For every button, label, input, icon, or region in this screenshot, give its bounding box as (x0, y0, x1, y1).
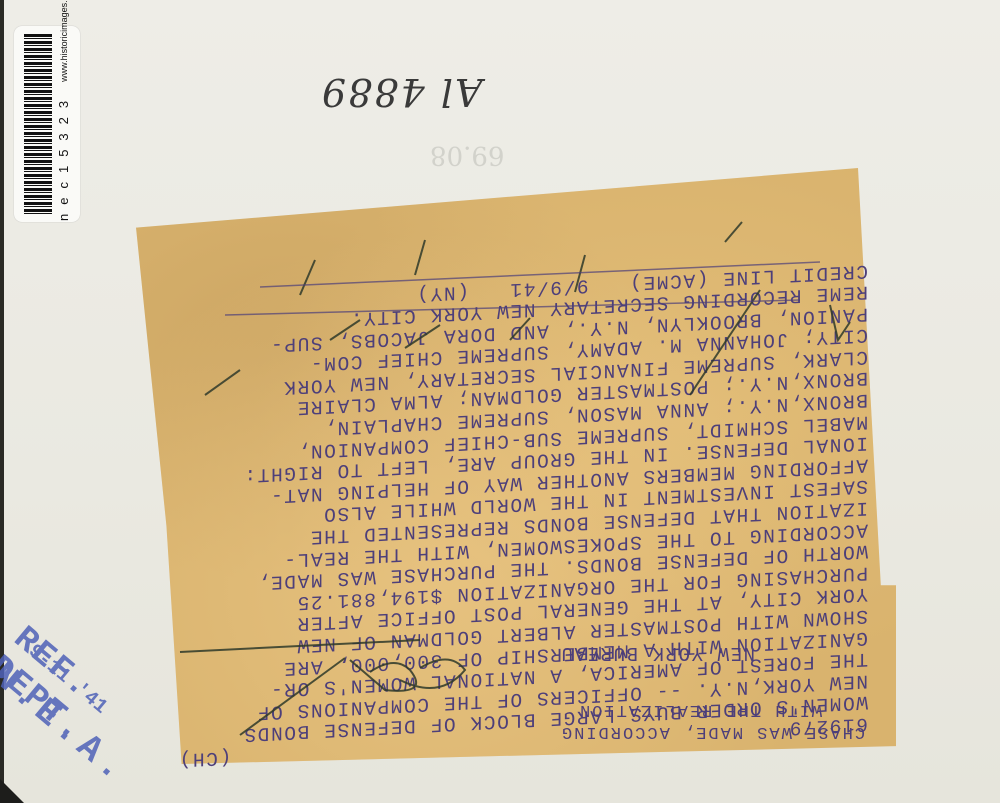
barcode-website: www.historicimages.com (59, 0, 69, 82)
caption-date: 9/9/41 (509, 274, 589, 300)
caption-fragment-line: CHASE WAS MADE, ACCORDING (560, 722, 865, 741)
pencil-faint-note: 69.08 (430, 140, 504, 170)
pencil-catalog-number: Al 4889 (320, 70, 482, 114)
caption-location-code: (NY) (416, 280, 469, 305)
barcode-icon (24, 34, 52, 214)
torn-corner (0, 779, 24, 803)
barcode-label: nec15323 www.historicimages.com (14, 26, 80, 222)
caption-bureau-line: NEW YORK BUREAU (560, 642, 755, 664)
caption-text-block: 619279 (CH) WOMEN'S ORDER BUYS LARGE BLO… (168, 154, 868, 771)
caption-fragment-line: WITH THE REALIZATION (578, 700, 822, 719)
barcode-code: nec15323 (56, 92, 71, 221)
caption-bureau-code: (CH) (178, 745, 231, 769)
barcode-text: nec15323 www.historicimages.com (56, 31, 71, 221)
